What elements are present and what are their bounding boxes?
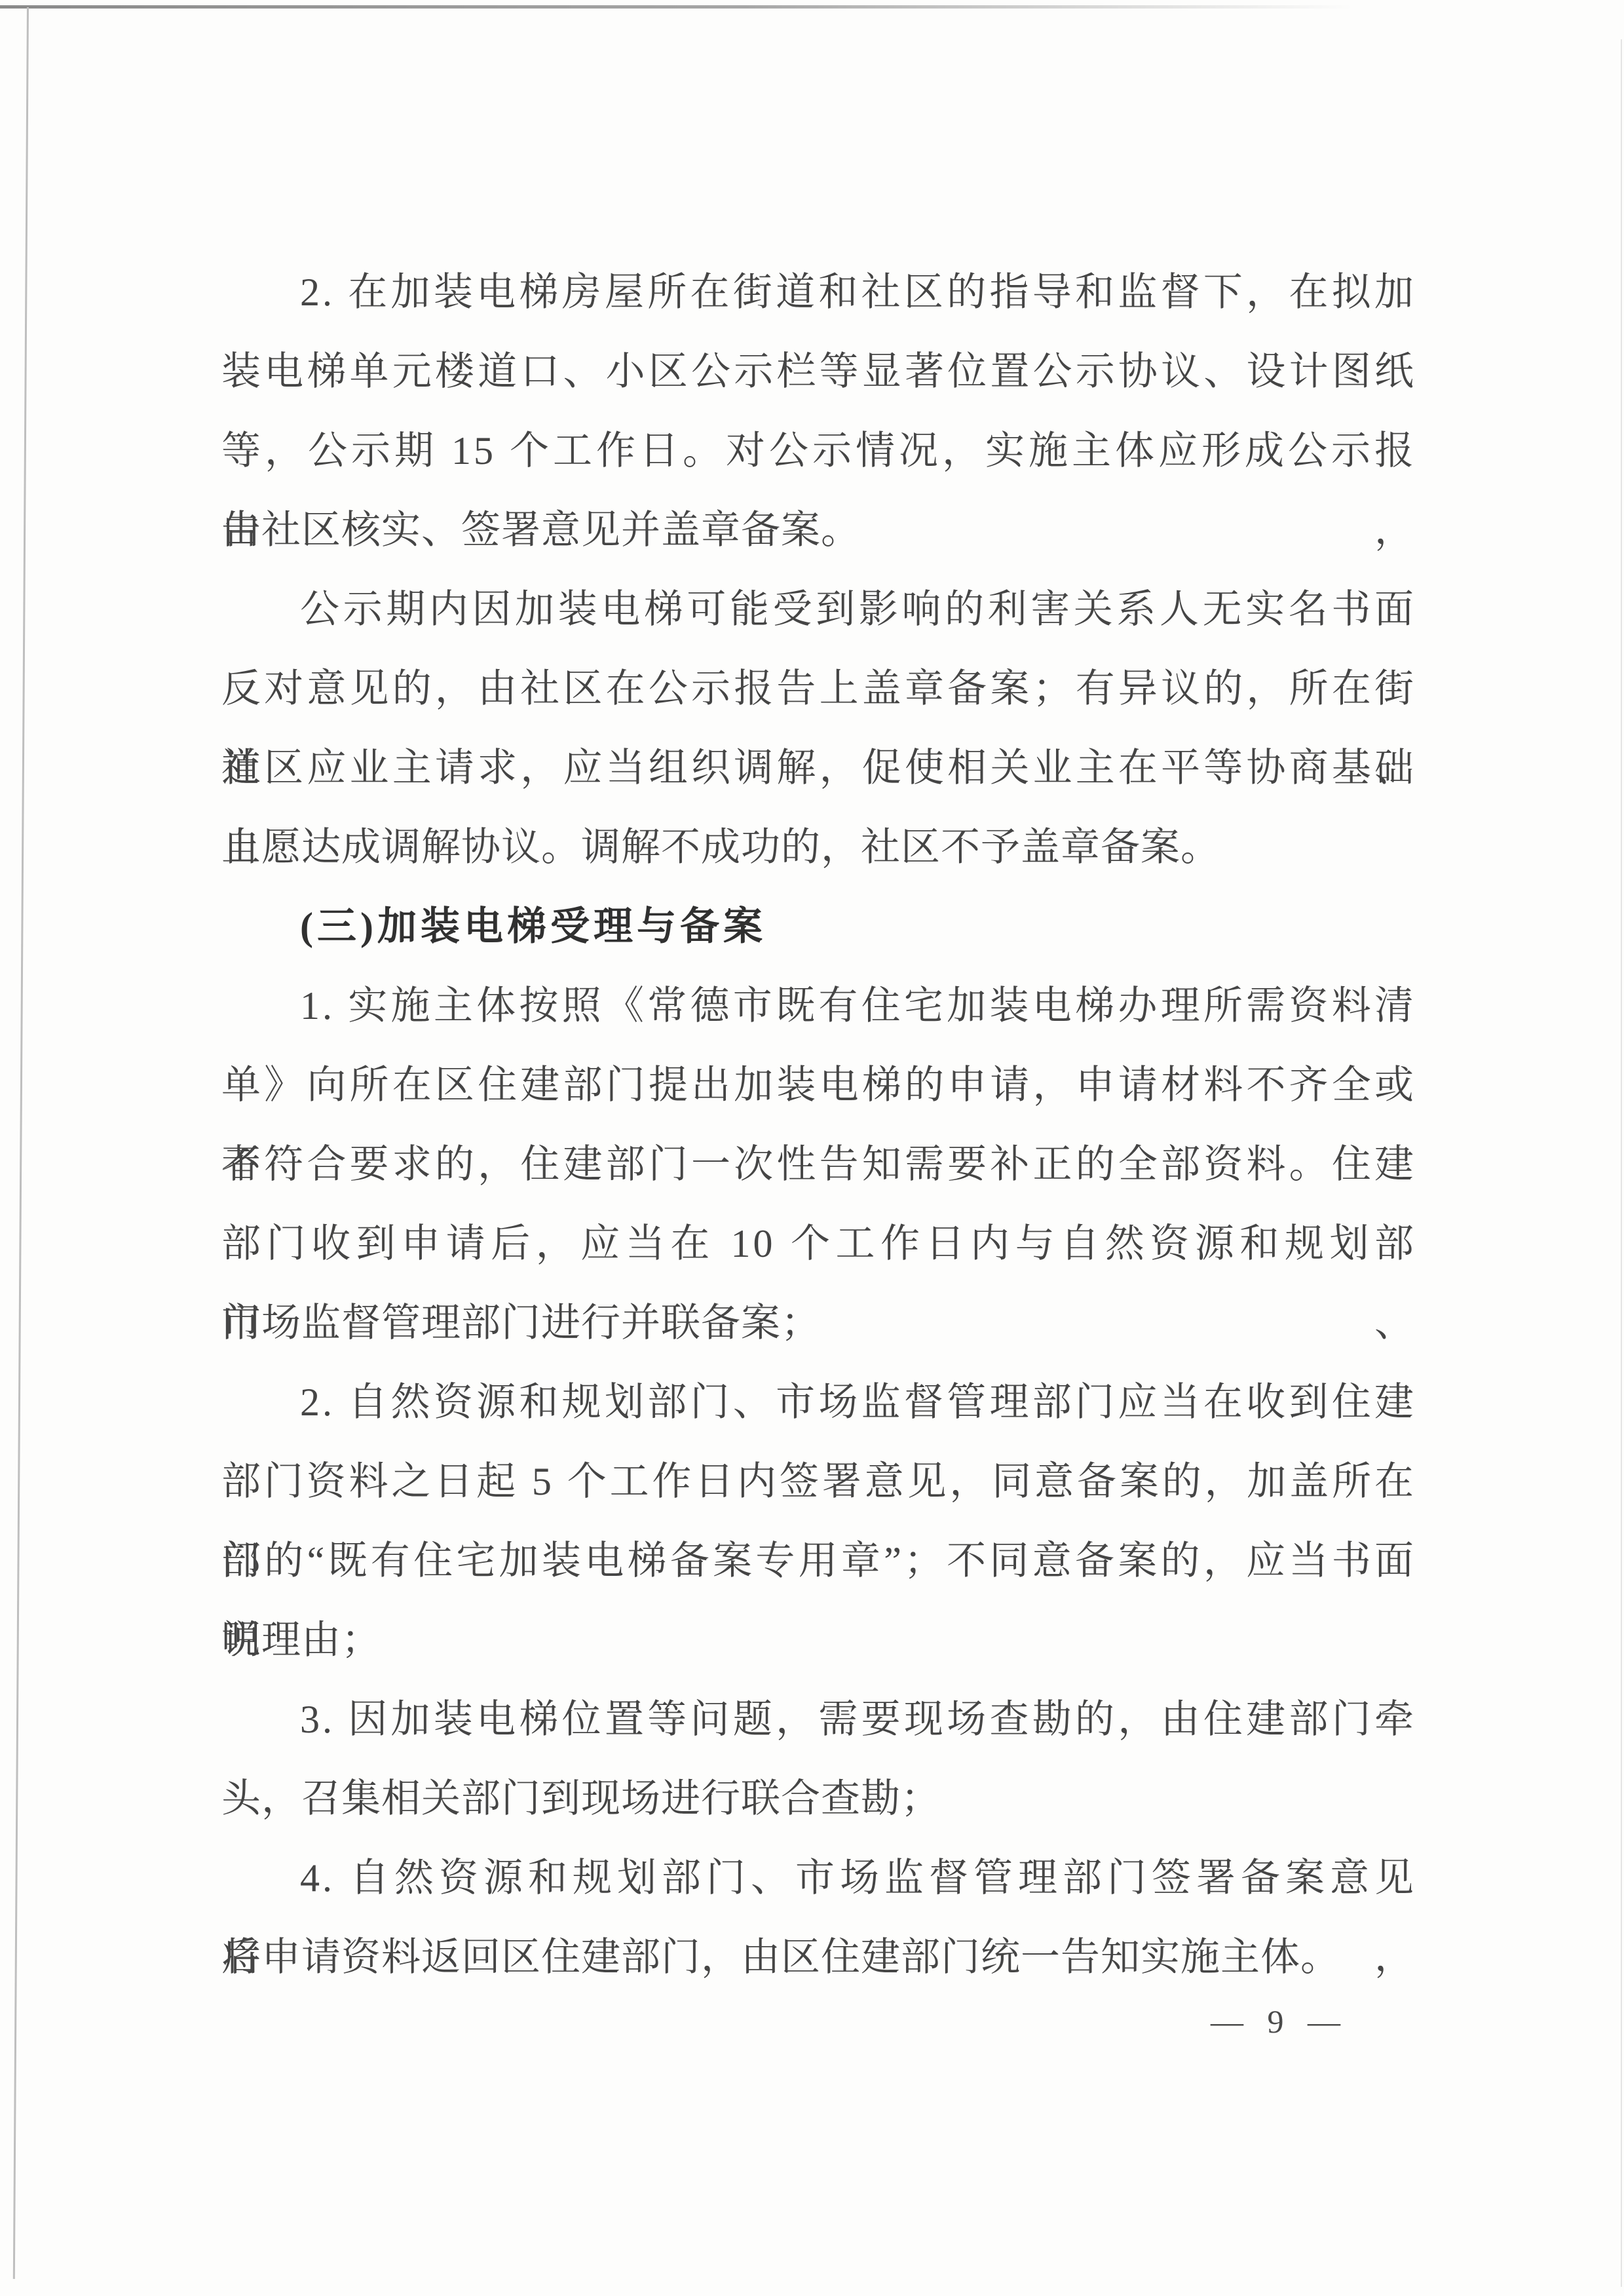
doc-line: 2. 在加装电梯房屋所在街道和社区的指导和监督下，在拟加 [221,253,1416,332]
doc-line: 3. 因加装电梯位置等问题，需要现场查勘的，由住建部门牵 [221,1680,1416,1759]
doc-line: 门的“既有住宅加装电梯备案专用章”；不同意备案的，应当书面说 [221,1521,1416,1601]
doc-line: 部门收到申请后，应当在 10 个工作日内与自然资源和规划部门、 [221,1204,1416,1284]
doc-line: 部门资料之日起 5 个工作日内签署意见，同意备案的，加盖所在部 [221,1442,1416,1521]
scanned-document-page: 2. 在加装电梯房屋所在街道和社区的指导和监督下，在拟加 装电梯单元楼道口、小区… [0,0,1624,2296]
page-number: — 9 — [1211,2002,1342,2040]
doc-line: 反对意见的，由社区在公示报告上盖章备案；有异议的，所在街道、 [221,649,1416,729]
doc-line: 明理由； [221,1601,1416,1680]
doc-line: 将申请资料返回区住建部门，由区住建部门统一告知实施主体。 [221,1918,1416,1997]
doc-line: 自愿达成调解协议。调解不成功的，社区不予盖章备案。 [221,808,1416,887]
doc-line: 单》向所在区住建部门提出加装电梯的申请，申请材料不齐全或者 [221,1046,1416,1125]
doc-line: 等，公示期 15 个工作日。对公示情况，实施主体应形成公示报告， [221,411,1416,491]
scan-edge-top [0,5,1353,9]
doc-line: 头，召集相关部门到现场进行联合查勘； [221,1759,1416,1839]
doc-line: 不符合要求的，住建部门一次性告知需要补正的全部资料。住建 [221,1125,1416,1204]
doc-line: 1. 实施主体按照《常德市既有住宅加装电梯办理所需资料清 [221,966,1416,1046]
section-heading: (三)加装电梯受理与备案 [221,887,1416,966]
doc-line: 公示期内因加装电梯可能受到影响的利害关系人无实名书面 [221,570,1416,649]
doc-line: 装电梯单元楼道口、小区公示栏等显著位置公示协议、设计图纸 [221,332,1416,411]
doc-line: 2. 自然资源和规划部门、市场监督管理部门应当在收到住建 [221,1363,1416,1442]
scan-edge-left [13,7,29,2279]
doc-line: 社区应业主请求，应当组织调解，促使相关业主在平等协商基础上 [221,729,1416,808]
document-body: 2. 在加装电梯房屋所在街道和社区的指导和监督下，在拟加 装电梯单元楼道口、小区… [221,253,1416,1997]
doc-line: 4. 自然资源和规划部门、市场监督管理部门签署备案意见后， [221,1839,1416,1918]
scan-edge-right [1621,39,1622,2287]
